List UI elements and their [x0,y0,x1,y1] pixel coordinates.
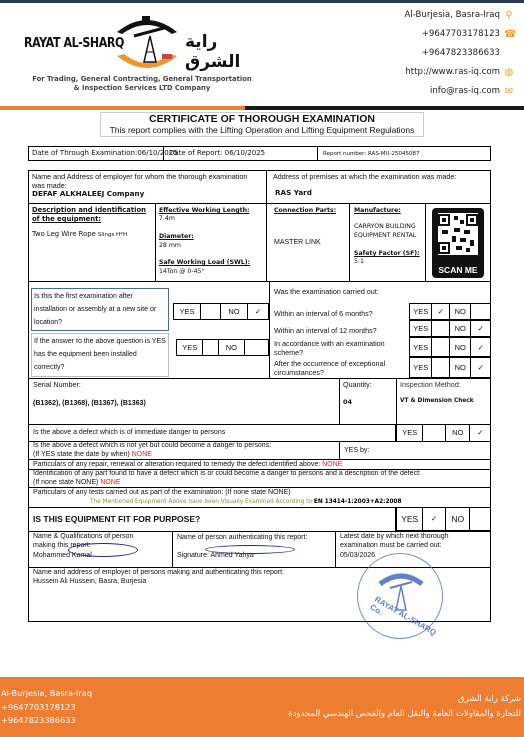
tagline-line-1: For Trading, General Contracting, Genera… [22,75,262,84]
title-main: CERTIFICATE OF THOROUGH EXAMINATION [101,113,423,125]
footer-ar-line-1: شركة راية الشرق [288,692,521,707]
fit-for-purpose-label: IS THIS EQUIPMENT FIT FOR PURPOSE? [33,515,200,524]
next-exam-value: 05/03/2026 [340,551,375,560]
mail-icon: ✉ [504,87,514,97]
installed-question: If the answer to the above question is Y… [31,333,169,377]
premises-label: Address of premises at which the examina… [273,172,456,181]
company-tagline: For Trading, General Contracting, Genera… [22,75,262,93]
quantity-label: Quantity: [343,380,372,389]
tests-label: Particulars of any tests carried out as … [33,488,291,497]
interval-12-yes-no: YES NO✓ [409,320,491,337]
first-exam-yes-no: YES NO ✓ [173,303,269,320]
report-date-value: 06/10/2025 [225,149,265,157]
diameter-label: Diameter: [159,232,194,241]
globe-icon: ◍ [504,68,514,78]
location-pin-icon: ⚲ [504,11,514,21]
yes-by-label: YES by: [344,446,369,455]
interval-6-yes-check[interactable]: ✓ [432,304,450,319]
immediate-danger-yes-check[interactable] [423,424,446,441]
defect-part-value: NONE [100,479,120,486]
phone-2-text: +9647823386633 [422,44,500,63]
scheme-yes-check[interactable] [432,338,450,356]
scheme-no-check[interactable]: ✓ [471,338,490,356]
exceptional-yes-no: YES NO✓ [409,357,491,378]
email-link[interactable]: info@ras-iq.com [430,82,500,101]
repair-value: NONE [322,461,342,468]
dates-row: Date of Through Examination:06/10/2025 D… [28,146,491,161]
report-date-label: Date of Report: [169,149,223,157]
title-sub: This report complies with the Lifting Op… [101,125,423,136]
interval-12-yes-check[interactable] [432,321,450,336]
employer-of-persons: Name and address of employer of persons … [33,569,284,586]
interval-6-no-check[interactable] [471,304,490,319]
manufacture-label: Manufacture: [354,206,401,215]
top-bar [0,0,524,3]
company-stamp: RAYAT AL-SHARQ Co. [357,553,443,639]
maker-signature [68,543,138,557]
repair-label: Particulars of any repair, renewal or al… [33,460,342,469]
footer-contact: Al-Burjesia, Basra-Iraq +9647703178123 +… [1,687,92,728]
serial-label: Serial Number: [33,380,81,389]
next-exam-label: Latest date by which next thorough exami… [340,533,465,550]
address-text: Al-Burjesia, Basra-Iraq [404,6,500,25]
authenticator-label: Name of person authenticating this repor… [177,533,307,542]
ewl-value: 7.4m [159,214,175,223]
company-name-ar: راية الشرق [185,32,262,72]
scan-me-label: SCAN ME [432,265,484,275]
immediate-danger-label: Is the above a defect which is of immedi… [33,428,225,437]
tagline-line-2: & Inspection Services LTD Company [22,84,262,93]
interval-6-label: Within an interval of 6 months? [274,309,373,318]
authenticator-signature [205,545,295,554]
description-value: Two Leg Wire Rope Slings H*H [32,230,127,240]
carried-out-label: Was the examination carried out: [274,287,379,296]
interval-12-label: Within an interval of 12 months? [274,326,377,335]
fit-no-check[interactable] [470,507,490,530]
first-exam-yes-check[interactable] [201,304,221,319]
exam-date-label: Date of Through Examination: [32,149,137,157]
contact-info: Al-Burjesia, Basra-Iraq⚲ +9647703178123☎… [404,6,514,101]
qr-code-icon [438,213,478,255]
report-number-value: RAS-MU-25045087 [368,151,420,157]
footer: Al-Burjesia, Basra-Iraq +9647703178123 +… [0,677,524,737]
installed-yes-check[interactable] [203,340,219,355]
website-link[interactable]: http://www.ras-iq.com [405,63,500,82]
footer-ar-line-2: للتجارة والمقاولات العامة والنقل العام و… [288,707,521,722]
first-exam-question: Is this the first examination after inst… [31,288,169,331]
fit-for-purpose-yes-no: YES✓ NO [395,507,491,531]
footer-arabic: شركة راية الشرق للتجارة والمقاولات العام… [288,692,521,722]
fit-yes-check[interactable]: ✓ [423,507,446,530]
defect-part-label: Identification of any part found to have… [33,470,421,487]
tests-value: The Mentioned Equipment Above have been … [90,498,402,507]
manufacture-value: CARRYON BUILDING EQUIPMENT RENTAL [354,222,424,240]
connection-label: Connection Parts: [274,206,336,215]
first-exam-no-check[interactable]: ✓ [248,304,268,319]
employer-value: DEFAF ALKHALEEJ Company [32,189,144,198]
header-divider [0,106,524,111]
premises-value: RAS Yard [275,188,312,197]
employer-of-persons-value: Hussein Ali Hussein, Basra, Burjesia [33,578,284,587]
installed-no-check[interactable] [245,340,268,355]
company-logo: RAYAT AL-SHARQ راية الشرق For Trading, G… [22,8,262,98]
future-danger-label: Is the above a defect which is not yet b… [33,442,271,459]
exceptional-no-check[interactable]: ✓ [471,358,490,377]
scheme-yes-no: YES NO✓ [409,337,491,357]
future-danger-value: NONE [132,451,152,458]
installed-yes-no: YES NO [176,339,269,356]
footer-phone-1: +9647703178123 [1,701,92,715]
report-number-label: Report number: [323,151,366,157]
qr-code[interactable]: SCAN ME [432,208,484,278]
interval-12-no-check[interactable]: ✓ [471,321,490,336]
phone-1-text: +9647703178123 [422,25,500,44]
scheme-label: In accordance with an examination scheme… [274,339,414,357]
interval-6-yes-no: YES✓ NO [409,303,491,320]
footer-address: Al-Burjesia, Basra-Iraq [1,687,92,701]
company-name-en: RAYAT AL-SHARQ [24,36,124,51]
serial-value: (B1362), (B1368), (B1367), (B1363) [33,399,146,408]
immediate-danger-yes-no: YES NO✓ [395,424,491,441]
footer-phone-2: +9647823386633 [1,714,92,728]
swl-value: 14Ton @ 0-45° [159,267,205,276]
exceptional-yes-check[interactable] [432,358,450,377]
description-label: Description and identification of the eq… [32,206,152,224]
exceptional-label: After the occurrence of exceptional circ… [274,359,414,377]
safety-factor-value: 5:1 [354,257,364,266]
employer-label: Name and Address of employer for whom th… [32,172,262,190]
inspection-method-value: VT & Dimension Check [400,397,474,406]
phone-icon: ☎ [504,30,514,40]
employer-of-persons-label: Name and address of employer of persons … [33,569,284,578]
swl-label: Safe Working Load (SWL): [159,258,250,267]
certificate-title: CERTIFICATE OF THOROUGH EXAMINATION This… [100,112,424,137]
quantity-value: 04 [343,398,352,407]
immediate-danger-no-check[interactable]: ✓ [470,424,490,441]
connection-value: MASTER LINK [274,238,321,247]
diameter-value: 28 mm [159,241,181,250]
inspection-method-label: Inspection Method: [400,380,461,389]
